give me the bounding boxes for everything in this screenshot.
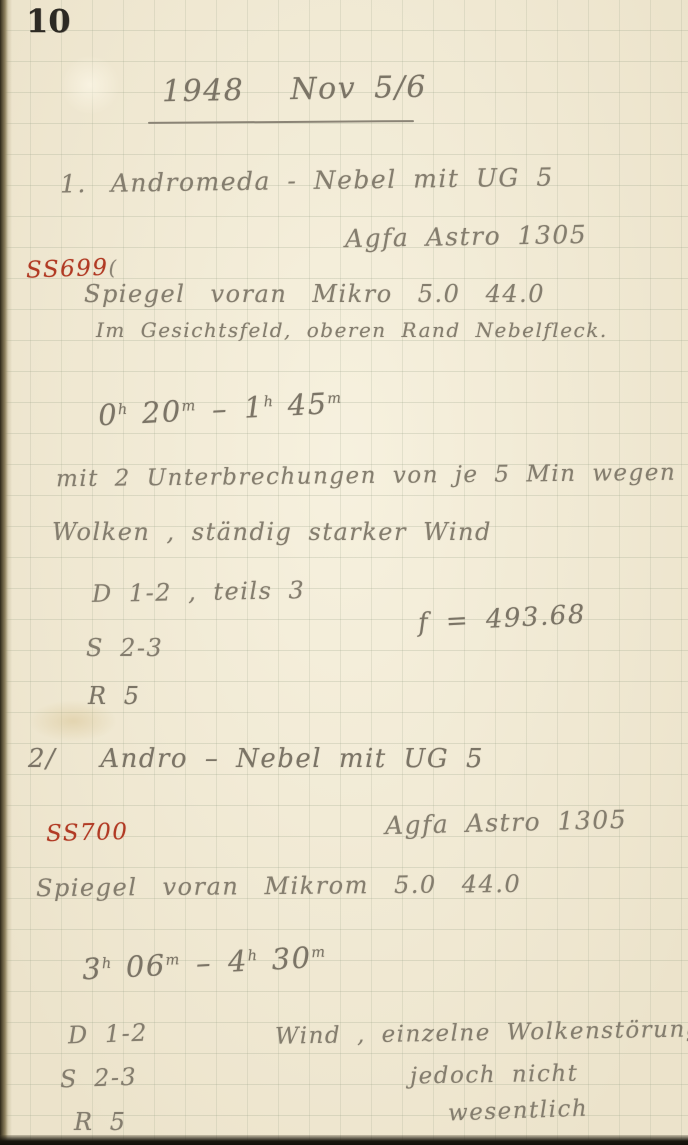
hour-unit: h bbox=[247, 948, 258, 964]
entry2-title: Andro – Nebel mit UG 5 bbox=[100, 744, 484, 774]
entry1-setup: Spiegel voran Mikro 5.0 44.0 bbox=[84, 280, 545, 308]
entry1-index: 1. bbox=[60, 169, 87, 198]
entry1-condition-d: D 1-2 , teils 3 bbox=[92, 576, 306, 608]
entry2-wind-note-line1: Wind , einzelne Wolkenstörung bbox=[275, 1016, 688, 1049]
entry1-remark-line2: Wolken , ständig starker Wind bbox=[52, 518, 492, 546]
logbook-page: 10 1948Nov 5/6 1.Andromeda - Nebel mit U… bbox=[0, 0, 688, 1145]
entry2-film: Agfa Astro 1305 bbox=[385, 805, 628, 840]
entry1-focus-value: f = 493.68 bbox=[417, 600, 586, 639]
start-hour: 3 bbox=[81, 951, 103, 986]
heading-year: 1948 bbox=[162, 73, 245, 109]
hour-unit: h bbox=[101, 956, 112, 972]
start-hour: 0 bbox=[97, 397, 119, 432]
start-minute: 20 bbox=[141, 394, 183, 430]
entry1-remark-line1: mit 2 Unterbrechungen von je 5 Min wegen bbox=[56, 460, 677, 492]
entry1-note: Im Gesichtsfeld, oberen Rand Nebelfleck. bbox=[96, 318, 608, 342]
entry1-exposure-time: 0h20m–1h45m bbox=[97, 386, 342, 433]
entry2-index: 2/ bbox=[28, 744, 56, 774]
date-underline bbox=[148, 120, 414, 124]
entry2-wind-note-line3: wesentlich bbox=[448, 1096, 589, 1127]
minute-unit: m bbox=[311, 944, 326, 961]
minute-unit: m bbox=[181, 398, 196, 415]
entry2-condition-s: S 2-3 bbox=[60, 1063, 138, 1094]
entry2-condition-r: R 5 bbox=[74, 1108, 126, 1136]
start-minute: 06 bbox=[125, 948, 167, 984]
page-number: 10 bbox=[26, 2, 71, 40]
minute-unit: m bbox=[165, 952, 180, 969]
entry2-condition-d: D 1-2 bbox=[68, 1019, 149, 1050]
entry1-condition-s: S 2-3 bbox=[86, 634, 163, 662]
plate-flourish: ( bbox=[108, 255, 118, 279]
entry1-title: Andromeda - Nebel mit UG 5 bbox=[111, 163, 554, 198]
hour-unit: h bbox=[263, 394, 274, 410]
time-dash: – bbox=[195, 946, 213, 981]
binding-edge bbox=[0, 0, 12, 1145]
heading-date: Nov 5/6 bbox=[290, 70, 427, 107]
entry1-film: Agfa Astro 1305 bbox=[345, 220, 588, 253]
paper-highlight bbox=[60, 55, 120, 115]
hour-unit: h bbox=[117, 402, 128, 418]
end-minute: 30 bbox=[271, 940, 313, 976]
entry2-exposure-time: 3h06m–4h30m bbox=[81, 940, 326, 987]
entry2-plate-number: SS700 bbox=[46, 819, 129, 847]
end-hour: 4 bbox=[227, 944, 249, 979]
entry2-title-line: 2/Andro – Nebel mit UG 5 bbox=[28, 744, 484, 774]
entry2-wind-note-line2: jedoch nicht bbox=[410, 1061, 579, 1090]
entry2-setup: Spiegel voran Mikrom 5.0 44.0 bbox=[36, 870, 521, 902]
entry1-condition-r: R 5 bbox=[88, 682, 140, 710]
photo-edge-bottom bbox=[0, 1135, 688, 1145]
entry1-title-line: 1.Andromeda - Nebel mit UG 5 bbox=[60, 163, 554, 199]
date-heading: 1948Nov 5/6 bbox=[162, 70, 428, 110]
end-minute: 45 bbox=[287, 386, 329, 422]
end-hour: 1 bbox=[243, 390, 265, 425]
time-dash: – bbox=[211, 392, 229, 427]
minute-unit: m bbox=[327, 390, 342, 407]
